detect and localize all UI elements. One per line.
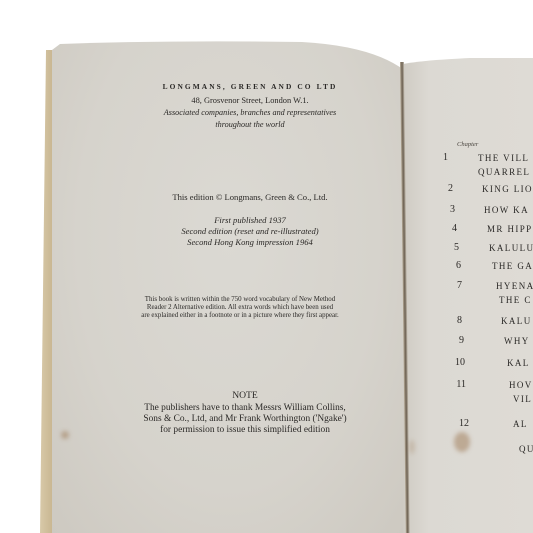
chapter-title: QU	[519, 444, 533, 454]
chapter-title: KING LIO	[482, 184, 533, 194]
chapter-title: KAL	[507, 358, 530, 368]
chapter-number: 1	[426, 152, 448, 163]
chapter-number: 6	[439, 260, 461, 271]
chapter-title: HOV	[509, 380, 533, 390]
chapter-number: 2	[431, 183, 453, 194]
chapter-title: THE GA	[492, 261, 533, 271]
chapter-number: 12	[447, 418, 469, 429]
chapter-number: 4	[435, 223, 457, 234]
chapter-title: KALULU	[489, 243, 533, 253]
chapter-number: 5	[437, 242, 459, 253]
chapter-title: AL	[513, 419, 528, 429]
chapter-number: 11	[444, 379, 466, 390]
chapter-title: HOW KA	[484, 205, 529, 215]
chapter-title: QUARREL	[478, 167, 530, 177]
chapter-title: THE VILL	[478, 153, 529, 163]
chapter-title: WHY	[504, 336, 530, 346]
open-book: LONGMANS, GREEN AND CO LTD 48, Grosvenor…	[0, 0, 533, 533]
chapter-number: 9	[442, 335, 464, 346]
contents-list: Chapter 1THE VILLQUARREL2KING LIO3HOW KA…	[0, 0, 533, 533]
chapter-number: 3	[433, 204, 455, 215]
chapter-number: 8	[440, 315, 462, 326]
chapter-title: THE C	[499, 295, 532, 305]
chapter-number: 7	[440, 280, 462, 291]
chapter-title: MR HIPP	[487, 224, 533, 234]
contents-heading: Chapter	[457, 141, 478, 148]
chapter-title: VIL	[513, 394, 532, 404]
chapter-title: KALU	[501, 316, 532, 326]
chapter-number: 10	[443, 357, 465, 368]
chapter-title: HYENA	[496, 281, 533, 291]
